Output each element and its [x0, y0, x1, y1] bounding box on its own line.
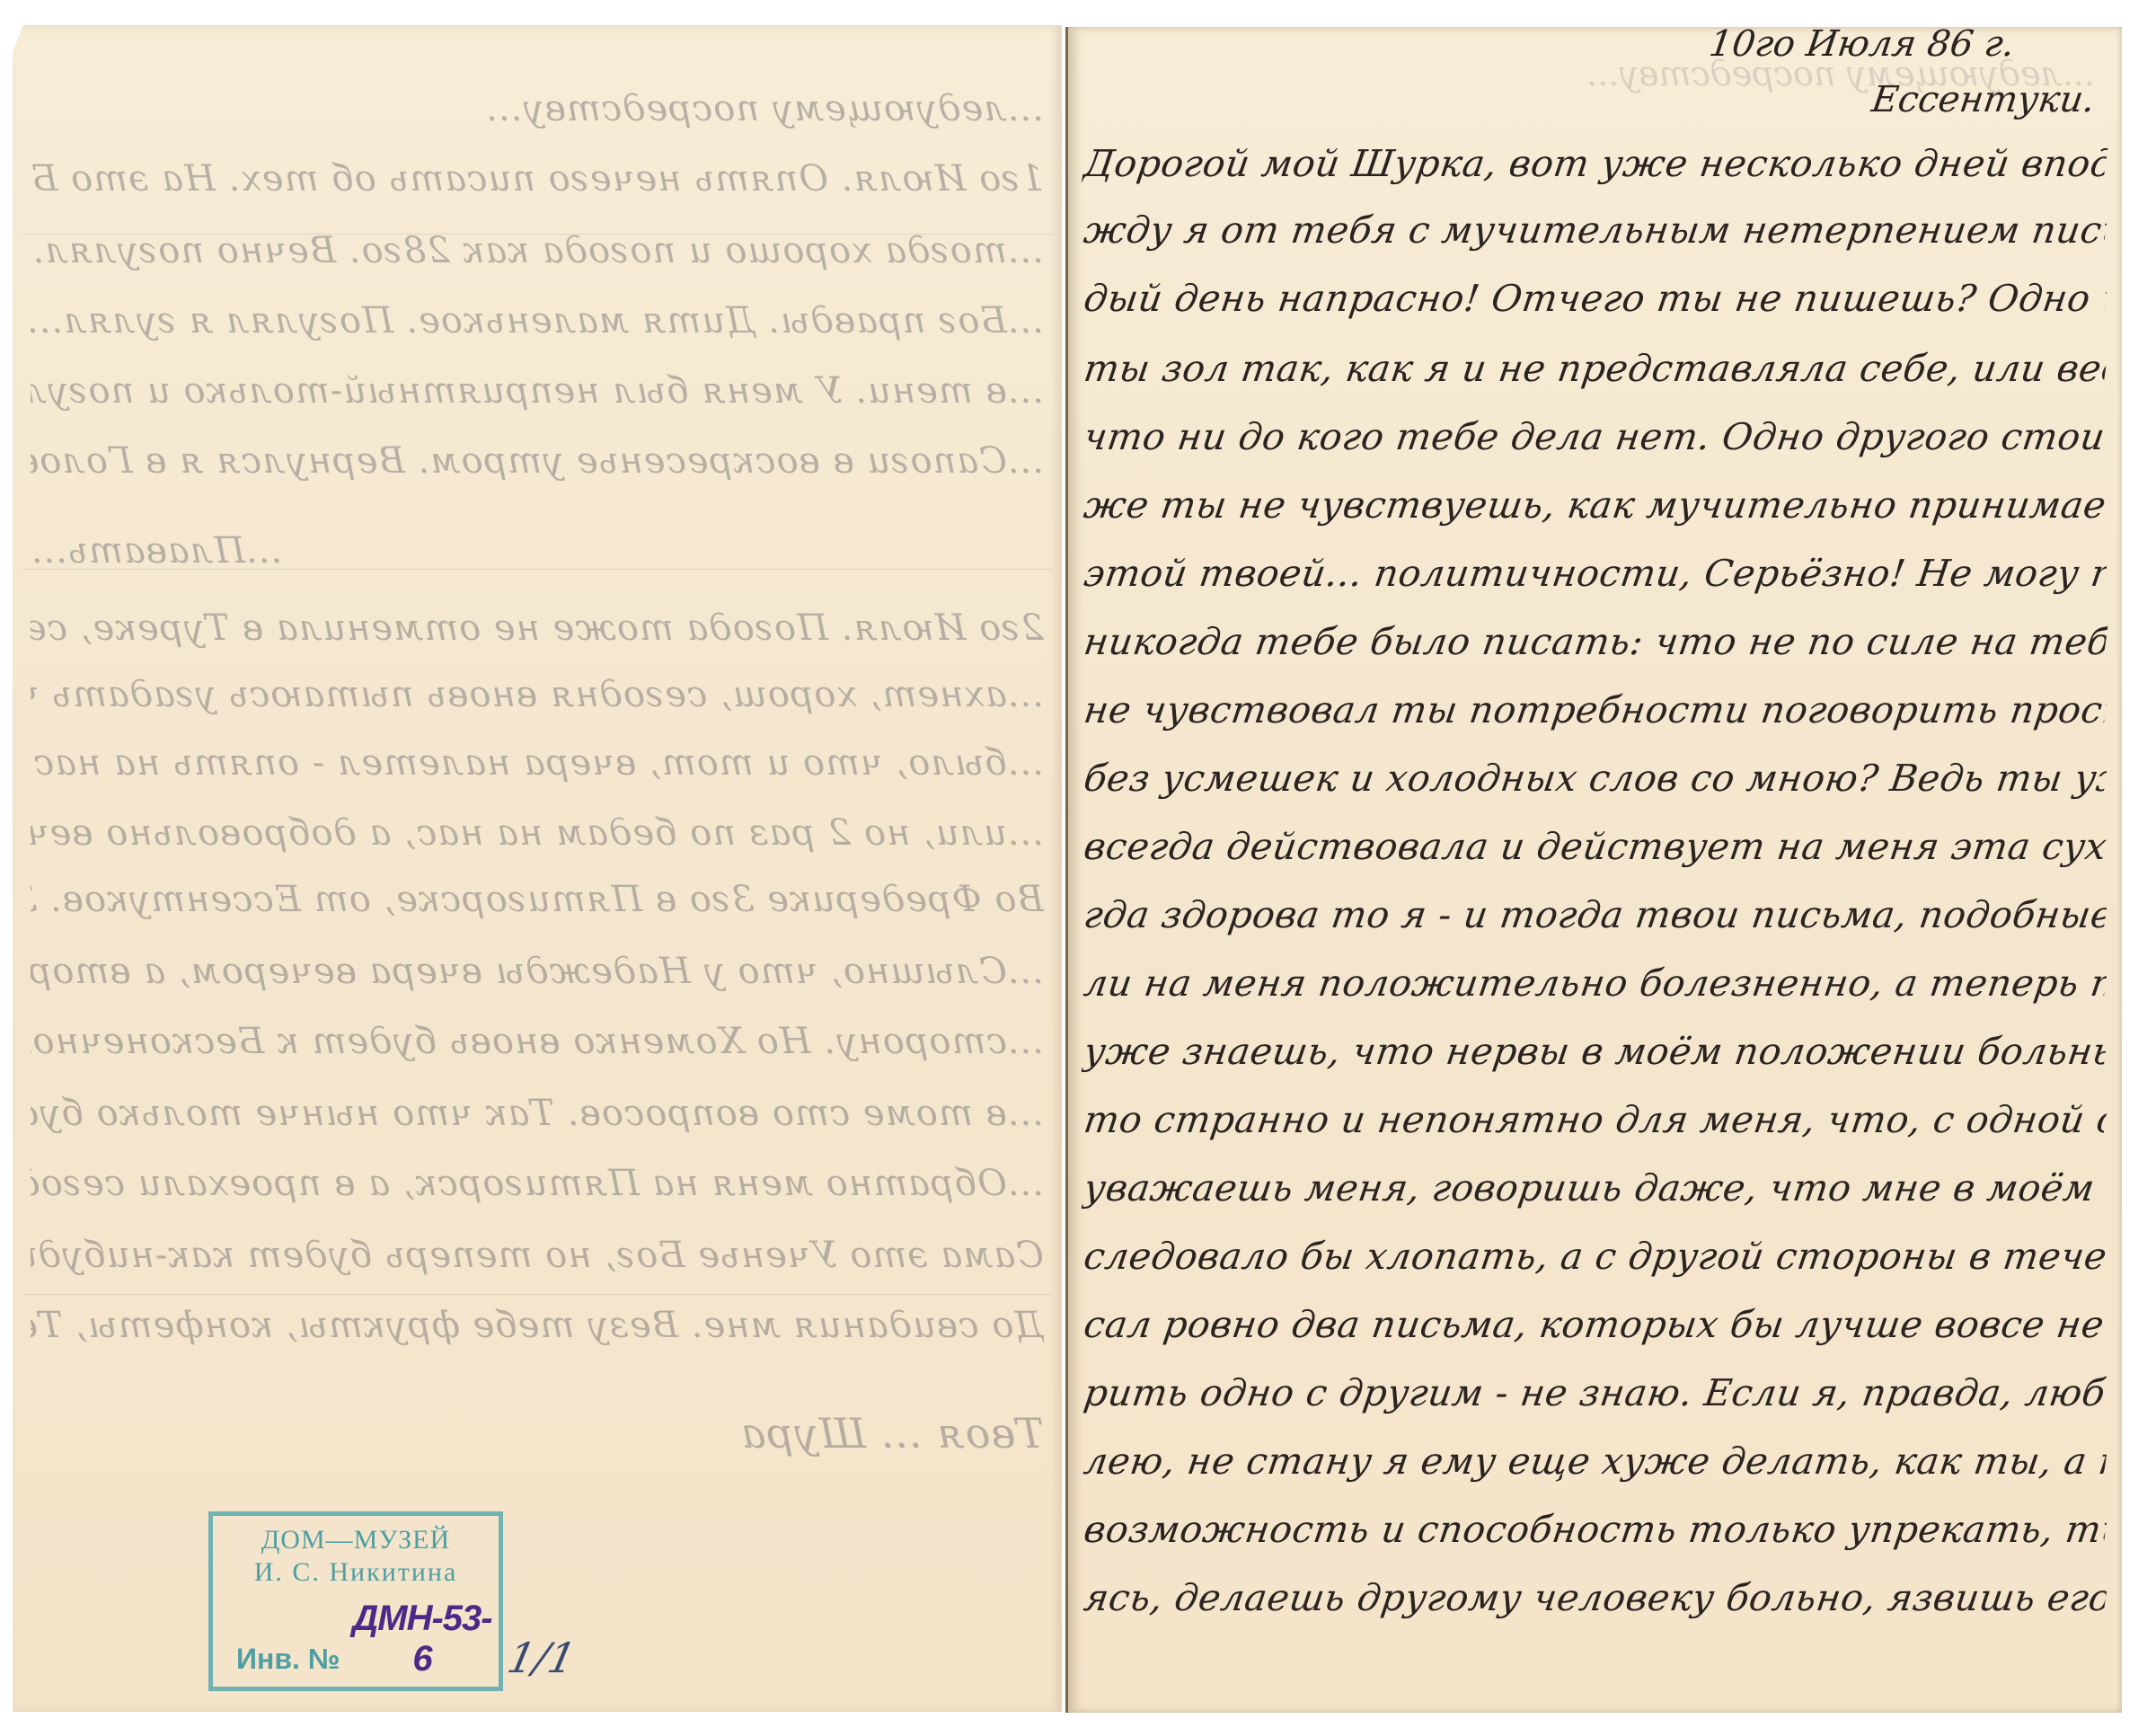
letter-place: Ессентуки.	[1869, 79, 2098, 120]
stamp-inventory-label: Инв. №	[236, 1643, 340, 1676]
bleed-line: Сама это Ученье Бог, но теперь будет как…	[31, 1235, 1044, 1276]
bleed-line: Во Фредерике 3го в Пятигорске, от Ессент…	[31, 879, 1044, 920]
bleed-line: ...Плавать...	[31, 530, 1044, 572]
faint-signature: Твоя ... Шура	[390, 1409, 1044, 1458]
bleed-line: До свидания мне. Везу тебе фрукты, конфе…	[31, 1305, 1044, 1346]
letter-line: сал ровно два письма, которых бы лучше в…	[1082, 1303, 2109, 1346]
bleed-line: ...Обратно меня на Пятигорск, а в проеха…	[31, 1163, 1044, 1204]
letter-line: Дорогой мой Шурка, вот уже несколько дне…	[1082, 142, 2109, 185]
letter-line: никогда тебе было писать: что не по силе…	[1082, 620, 2109, 663]
bleed-line: ...ахнет, хорош, сегодня вновь пытаюсь у…	[31, 674, 1044, 715]
letter-line: рить одно с другим - не знаю. Если я, пр…	[1082, 1371, 2109, 1414]
bleed-line: ...в тени. У меня был неприятный-только …	[31, 370, 1044, 412]
folded-corner	[13, 25, 23, 52]
letter-line: же ты не чувствуешь, как мучительно прин…	[1082, 483, 2109, 527]
folio-number: 1/1	[503, 1634, 580, 1682]
bleed-line: 1го Июля. Опять нечего писать об тех. На…	[31, 158, 1044, 199]
bleed-line: ...в томе сто вопросов. Так что нынче то…	[31, 1093, 1044, 1134]
letter-line: гда здорова то я - и тогда твои письма, …	[1082, 893, 2109, 936]
stamp-line-2: И. С. Никитина	[213, 1557, 499, 1588]
bleed-line: ...сторону. Но Хоменко вновь будет к Бес…	[31, 1021, 1044, 1062]
bleed-line: ...Сапоги в воскресенье утром. Вернулся …	[31, 440, 1044, 482]
bleed-line: ...или, но 2 раз по бедам на нас, а добр…	[31, 812, 1044, 854]
bleed-line: 2го Июля. Погода тоже не отменила в Туре…	[31, 607, 1044, 649]
letter-line: жду я от тебя с мучительным нетерпением …	[1082, 208, 2109, 252]
left-page: ...ледующему посредству... 1го Июля. Опя…	[13, 25, 1062, 1712]
letter-line: следовало бы хлопать, а с другой стороны…	[1082, 1235, 2109, 1278]
stamp-line-1: ДОМ—МУЗЕЙ	[213, 1525, 499, 1555]
letter-line: дый день напрасно! Отчего ты не пишешь? …	[1082, 277, 2109, 320]
bleed-line: ...ледующему посредству...	[31, 88, 1044, 129]
letter-line: уважаешь меня, говоришь даже, что мне в …	[1082, 1166, 2109, 1210]
letter-line: ли на меня положительно болезненно, а те…	[1082, 961, 2109, 1005]
letter-line: без усмешек и холодных слов со мною? Вед…	[1082, 757, 2109, 800]
right-page: ...ледующему посредству... 10го Июля 86 …	[1065, 27, 2122, 1713]
letter-line: всегда действовала и действует на меня э…	[1082, 825, 2109, 868]
letter-line: уже знаешь, что нервы в моём положении б…	[1082, 1030, 2109, 1073]
bleed-line: ...тогда хорошо и погода как 28го. Вечно…	[31, 230, 1044, 271]
letter-line: лею, не стану я ему еще хуже делать, как…	[1082, 1440, 2109, 1483]
letter-line: ясь, делаешь другому человеку больно, яз…	[1082, 1576, 2109, 1619]
letter-line: ты зол так, как я и не представляла себе…	[1082, 347, 2109, 390]
bleed-line: ...Бог правды. Дитя маленькое. Погулял я…	[31, 300, 1044, 341]
museum-stamp: ДОМ—МУЗЕЙ И. С. Никитина Инв. № ДМН-53-6	[208, 1511, 503, 1691]
bleed-line: ...было, что и тот, вчера налетел - опят…	[31, 742, 1044, 784]
letter-line: возможность и способность только упрекат…	[1082, 1508, 2109, 1551]
ruled-line	[22, 1294, 1053, 1295]
letter-line: то странно и непонятно для меня, что, с …	[1082, 1098, 2109, 1141]
stamp-inventory-number: ДМН-53-6	[346, 1599, 499, 1679]
letter-date: 10го Июля 86 г.	[1707, 23, 2018, 65]
bleed-line: ...Слышно, что у Надежды вчера вечером, …	[31, 951, 1044, 992]
letter-line: что ни до кого тебе дела нет. Одно друго…	[1082, 415, 2109, 458]
letter-line: этой твоей... политичности, Серьёзно! Не…	[1082, 552, 2109, 595]
letter-line: не чувствовал ты потребности поговорить …	[1082, 688, 2109, 731]
